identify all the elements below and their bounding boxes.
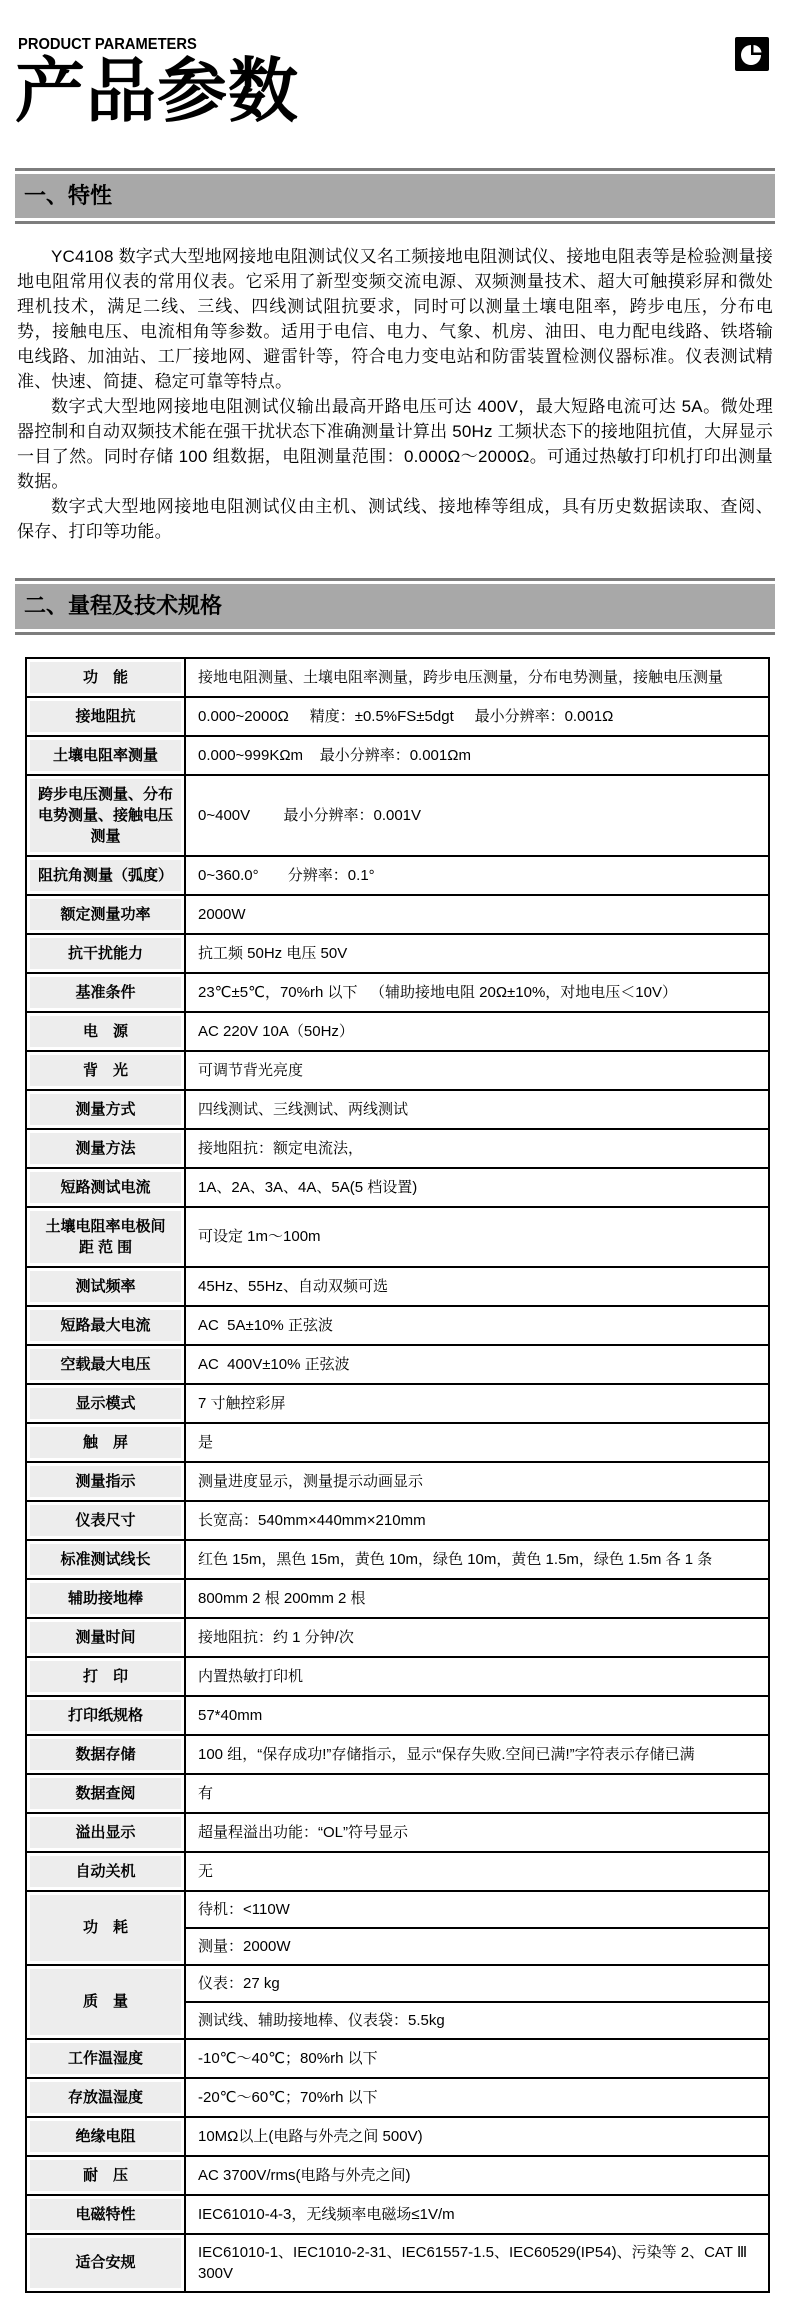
spec-value: -20℃～60℃；70%rh 以下 xyxy=(185,2078,769,2117)
spec-value: AC 400V±10% 正弦波 xyxy=(185,1345,769,1384)
spec-label: 溢出显示 xyxy=(26,1813,185,1852)
spec-value: IEC61010-1、IEC1010-2-31、IEC61557-1.5、IEC… xyxy=(185,2234,769,2292)
eyebrow-title: PRODUCT PARAMETERS xyxy=(18,36,714,54)
table-row: 跨步电压测量、分布电势测量、接触电压测量0~400V 最小分辨率：0.001V xyxy=(26,775,769,856)
spec-table-body: 功 能接地电阻测量、土壤电阻率测量，跨步电压测量，分布电势测量，接触电压测量接地… xyxy=(26,658,769,2292)
spec-value: 57*40mm xyxy=(185,1696,769,1735)
pie-chart-icon xyxy=(735,37,769,71)
spec-value: AC 220V 10A（50Hz） xyxy=(185,1012,769,1051)
spec-label: 基准条件 xyxy=(26,973,185,1012)
table-row: 测量时间接地阻抗：约 1 分钟/次 xyxy=(26,1618,769,1657)
table-row: 土壤电阻率电极间 距 范 围可设定 1m～100m xyxy=(26,1207,769,1267)
page-header: PRODUCT PARAMETERS 产品参数 xyxy=(0,0,790,134)
spec-value: 红色 15m，黑色 15m，黄色 10m，绿色 10m，黄色 1.5m，绿色 1… xyxy=(185,1540,769,1579)
spec-label: 测量指示 xyxy=(26,1462,185,1501)
table-row: 电磁特性IEC61010-4-3，无线频率电磁场≤1V/m xyxy=(26,2195,769,2234)
spec-label: 短路最大电流 xyxy=(26,1306,185,1345)
table-row: 基准条件23℃±5℃，70%rh 以下 （辅助接地电阻 20Ω±10%，对地电压… xyxy=(26,973,769,1012)
spec-label: 背 光 xyxy=(26,1051,185,1090)
spec-table-wrap: 功 能接地电阻测量、土壤电阻率测量，跨步电压测量，分布电势测量，接触电压测量接地… xyxy=(25,657,770,2293)
section-heading-features-label: 一、特性 xyxy=(15,174,775,218)
table-row: 背 光可调节背光亮度 xyxy=(26,1051,769,1090)
spec-value: -10℃～40℃；80%rh 以下 xyxy=(185,2039,769,2078)
spec-label: 工作温湿度 xyxy=(26,2039,185,2078)
table-row: 显示模式7 寸触控彩屏 xyxy=(26,1384,769,1423)
page-title: 产品参数 xyxy=(15,56,775,126)
spec-value: 内置热敏打印机 xyxy=(185,1657,769,1696)
spec-label: 打印纸规格 xyxy=(26,1696,185,1735)
spec-value: 接地阻抗：额定电流法， xyxy=(185,1129,769,1168)
table-row: 存放温湿度-20℃～60℃；70%rh 以下 xyxy=(26,2078,769,2117)
spec-value: 长宽高：540mm×440mm×210mm xyxy=(185,1501,769,1540)
spec-value: 仪表：27 kg xyxy=(185,1965,769,2002)
table-row: 阻抗角测量（弧度）0~360.0° 分辨率：0.1° xyxy=(26,856,769,895)
spec-label: 打 印 xyxy=(26,1657,185,1696)
spec-label: 功 能 xyxy=(26,658,185,697)
spec-label: 空载最大电压 xyxy=(26,1345,185,1384)
table-row: 功 耗待机：<110W xyxy=(26,1891,769,1928)
spec-value: 可调节背光亮度 xyxy=(185,1051,769,1090)
spec-value: 待机：<110W xyxy=(185,1891,769,1928)
table-row: 标准测试线长红色 15m，黑色 15m，黄色 10m，绿色 10m，黄色 1.5… xyxy=(26,1540,769,1579)
spec-label: 接地阻抗 xyxy=(26,697,185,736)
spec-value: 2000W xyxy=(185,895,769,934)
table-row: 测量指示测量进度显示，测量提示动画显示 xyxy=(26,1462,769,1501)
section-heading-specs: 二、量程及技术规格 xyxy=(15,578,775,634)
spec-label: 标准测试线长 xyxy=(26,1540,185,1579)
spec-value: 无 xyxy=(185,1852,769,1891)
spec-label: 仪表尺寸 xyxy=(26,1501,185,1540)
spec-label: 土壤电阻率测量 xyxy=(26,736,185,775)
spec-value: 0.000~2000Ω 精度：±0.5%FS±5dgt 最小分辨率：0.001Ω xyxy=(185,697,769,736)
spec-label: 存放温湿度 xyxy=(26,2078,185,2117)
table-row: 打印纸规格57*40mm xyxy=(26,1696,769,1735)
spec-value: 测量：2000W xyxy=(185,1928,769,1965)
product-parameters-page: PRODUCT PARAMETERS 产品参数 一、特性 YC4108 数字式大… xyxy=(0,0,790,2293)
spec-value: 0~400V 最小分辨率：0.001V xyxy=(185,775,769,856)
table-row: 空载最大电压AC 400V±10% 正弦波 xyxy=(26,1345,769,1384)
spec-label: 数据存储 xyxy=(26,1735,185,1774)
features-text: YC4108 数字式大型地网接地电阻测试仪又名工频接地电阻测试仪、接地电阻表等是… xyxy=(17,244,773,544)
spec-value: 0.000~999KΩm 最小分辨率：0.001Ωm xyxy=(185,736,769,775)
spec-value: 23℃±5℃，70%rh 以下 （辅助接地电阻 20Ω±10%，对地电压＜10V… xyxy=(185,973,769,1012)
table-row: 溢出显示超量程溢出功能：“OL”符号显示 xyxy=(26,1813,769,1852)
spec-label: 测量方法 xyxy=(26,1129,185,1168)
spec-label: 绝缘电阻 xyxy=(26,2117,185,2156)
spec-label: 质 量 xyxy=(26,1965,185,2039)
spec-value: 测量进度显示，测量提示动画显示 xyxy=(185,1462,769,1501)
table-row: 数据存储100 组，“保存成功!”存储指示，显示“保存失败.空间已满!”字符表示… xyxy=(26,1735,769,1774)
table-row: 自动关机无 xyxy=(26,1852,769,1891)
spec-label: 电磁特性 xyxy=(26,2195,185,2234)
spec-value: 100 组，“保存成功!”存储指示，显示“保存失败.空间已满!”字符表示存储已满 xyxy=(185,1735,769,1774)
spec-value: 0~360.0° 分辨率：0.1° xyxy=(185,856,769,895)
spec-value: 测试线、辅助接地棒、仪表袋：5.5kg xyxy=(185,2002,769,2039)
spec-value: 抗工频 50Hz 电压 50V xyxy=(185,934,769,973)
spec-label: 触 屏 xyxy=(26,1423,185,1462)
table-row: 数据查阅有 xyxy=(26,1774,769,1813)
spec-label: 电 源 xyxy=(26,1012,185,1051)
table-row: 额定测量功率2000W xyxy=(26,895,769,934)
spec-label: 短路测试电流 xyxy=(26,1168,185,1207)
table-row: 电 源AC 220V 10A（50Hz） xyxy=(26,1012,769,1051)
table-row: 测试频率45Hz、55Hz、自动双频可选 xyxy=(26,1267,769,1306)
section-heading-features: 一、特性 xyxy=(15,168,775,224)
spec-label: 显示模式 xyxy=(26,1384,185,1423)
spec-value: 800mm 2 根 200mm 2 根 xyxy=(185,1579,769,1618)
feature-paragraph-2: 数字式大型地网接地电阻测试仪输出最高开路电压可达 400V，最大短路电流可达 5… xyxy=(17,394,773,494)
spec-label: 阻抗角测量（弧度） xyxy=(26,856,185,895)
spec-label: 额定测量功率 xyxy=(26,895,185,934)
spec-value: 45Hz、55Hz、自动双频可选 xyxy=(185,1267,769,1306)
spec-value: 超量程溢出功能：“OL”符号显示 xyxy=(185,1813,769,1852)
spec-label: 数据查阅 xyxy=(26,1774,185,1813)
table-row: 短路测试电流1A、2A、3A、4A、5A(5 档设置) xyxy=(26,1168,769,1207)
table-row: 辅助接地棒800mm 2 根 200mm 2 根 xyxy=(26,1579,769,1618)
table-row: 质 量仪表：27 kg xyxy=(26,1965,769,2002)
table-row: 测量方法接地阻抗：额定电流法， xyxy=(26,1129,769,1168)
spec-value: 四线测试、三线测试、两线测试 xyxy=(185,1090,769,1129)
spec-label: 功 耗 xyxy=(26,1891,185,1965)
spec-value: 7 寸触控彩屏 xyxy=(185,1384,769,1423)
feature-paragraph-1: YC4108 数字式大型地网接地电阻测试仪又名工频接地电阻测试仪、接地电阻表等是… xyxy=(17,244,773,394)
table-row: 短路最大电流AC 5A±10% 正弦波 xyxy=(26,1306,769,1345)
spec-value: 接地电阻测量、土壤电阻率测量，跨步电压测量，分布电势测量，接触电压测量 xyxy=(185,658,769,697)
table-row: 绝缘电阻10MΩ以上(电路与外壳之间 500V) xyxy=(26,2117,769,2156)
table-row: 工作温湿度-10℃～40℃；80%rh 以下 xyxy=(26,2039,769,2078)
spec-label: 测量方式 xyxy=(26,1090,185,1129)
spec-label: 辅助接地棒 xyxy=(26,1579,185,1618)
spec-value: AC 5A±10% 正弦波 xyxy=(185,1306,769,1345)
spec-value: 10MΩ以上(电路与外壳之间 500V) xyxy=(185,2117,769,2156)
table-row: 触 屏是 xyxy=(26,1423,769,1462)
spec-label: 测量时间 xyxy=(26,1618,185,1657)
spec-value: 1A、2A、3A、4A、5A(5 档设置) xyxy=(185,1168,769,1207)
table-row: 土壤电阻率测量0.000~999KΩm 最小分辨率：0.001Ωm xyxy=(26,736,769,775)
spec-label: 跨步电压测量、分布电势测量、接触电压测量 xyxy=(26,775,185,856)
feature-paragraph-3: 数字式大型地网接地电阻测试仪由主机、测试线、接地棒等组成，具有历史数据读取、查阅… xyxy=(17,494,773,544)
spec-label: 自动关机 xyxy=(26,1852,185,1891)
spec-label: 耐 压 xyxy=(26,2156,185,2195)
spec-value: 可设定 1m～100m xyxy=(185,1207,769,1267)
spec-table: 功 能接地电阻测量、土壤电阻率测量，跨步电压测量，分布电势测量，接触电压测量接地… xyxy=(25,657,770,2293)
spec-label: 土壤电阻率电极间 距 范 围 xyxy=(26,1207,185,1267)
spec-value: 是 xyxy=(185,1423,769,1462)
table-row: 抗干扰能力抗工频 50Hz 电压 50V xyxy=(26,934,769,973)
table-row: 功 能接地电阻测量、土壤电阻率测量，跨步电压测量，分布电势测量，接触电压测量 xyxy=(26,658,769,697)
table-row: 仪表尺寸长宽高：540mm×440mm×210mm xyxy=(26,1501,769,1540)
table-row: 测量方式四线测试、三线测试、两线测试 xyxy=(26,1090,769,1129)
spec-value: 有 xyxy=(185,1774,769,1813)
spec-value: IEC61010-4-3，无线频率电磁场≤1V/m xyxy=(185,2195,769,2234)
table-row: 打 印内置热敏打印机 xyxy=(26,1657,769,1696)
table-row: 接地阻抗0.000~2000Ω 精度：±0.5%FS±5dgt 最小分辨率：0.… xyxy=(26,697,769,736)
spec-value: AC 3700V/rms(电路与外壳之间) xyxy=(185,2156,769,2195)
spec-value: 接地阻抗：约 1 分钟/次 xyxy=(185,1618,769,1657)
section-heading-specs-label: 二、量程及技术规格 xyxy=(15,584,775,628)
spec-label: 抗干扰能力 xyxy=(26,934,185,973)
spec-label: 适合安规 xyxy=(26,2234,185,2292)
table-row: 适合安规IEC61010-1、IEC1010-2-31、IEC61557-1.5… xyxy=(26,2234,769,2292)
spec-label: 测试频率 xyxy=(26,1267,185,1306)
table-row: 耐 压AC 3700V/rms(电路与外壳之间) xyxy=(26,2156,769,2195)
